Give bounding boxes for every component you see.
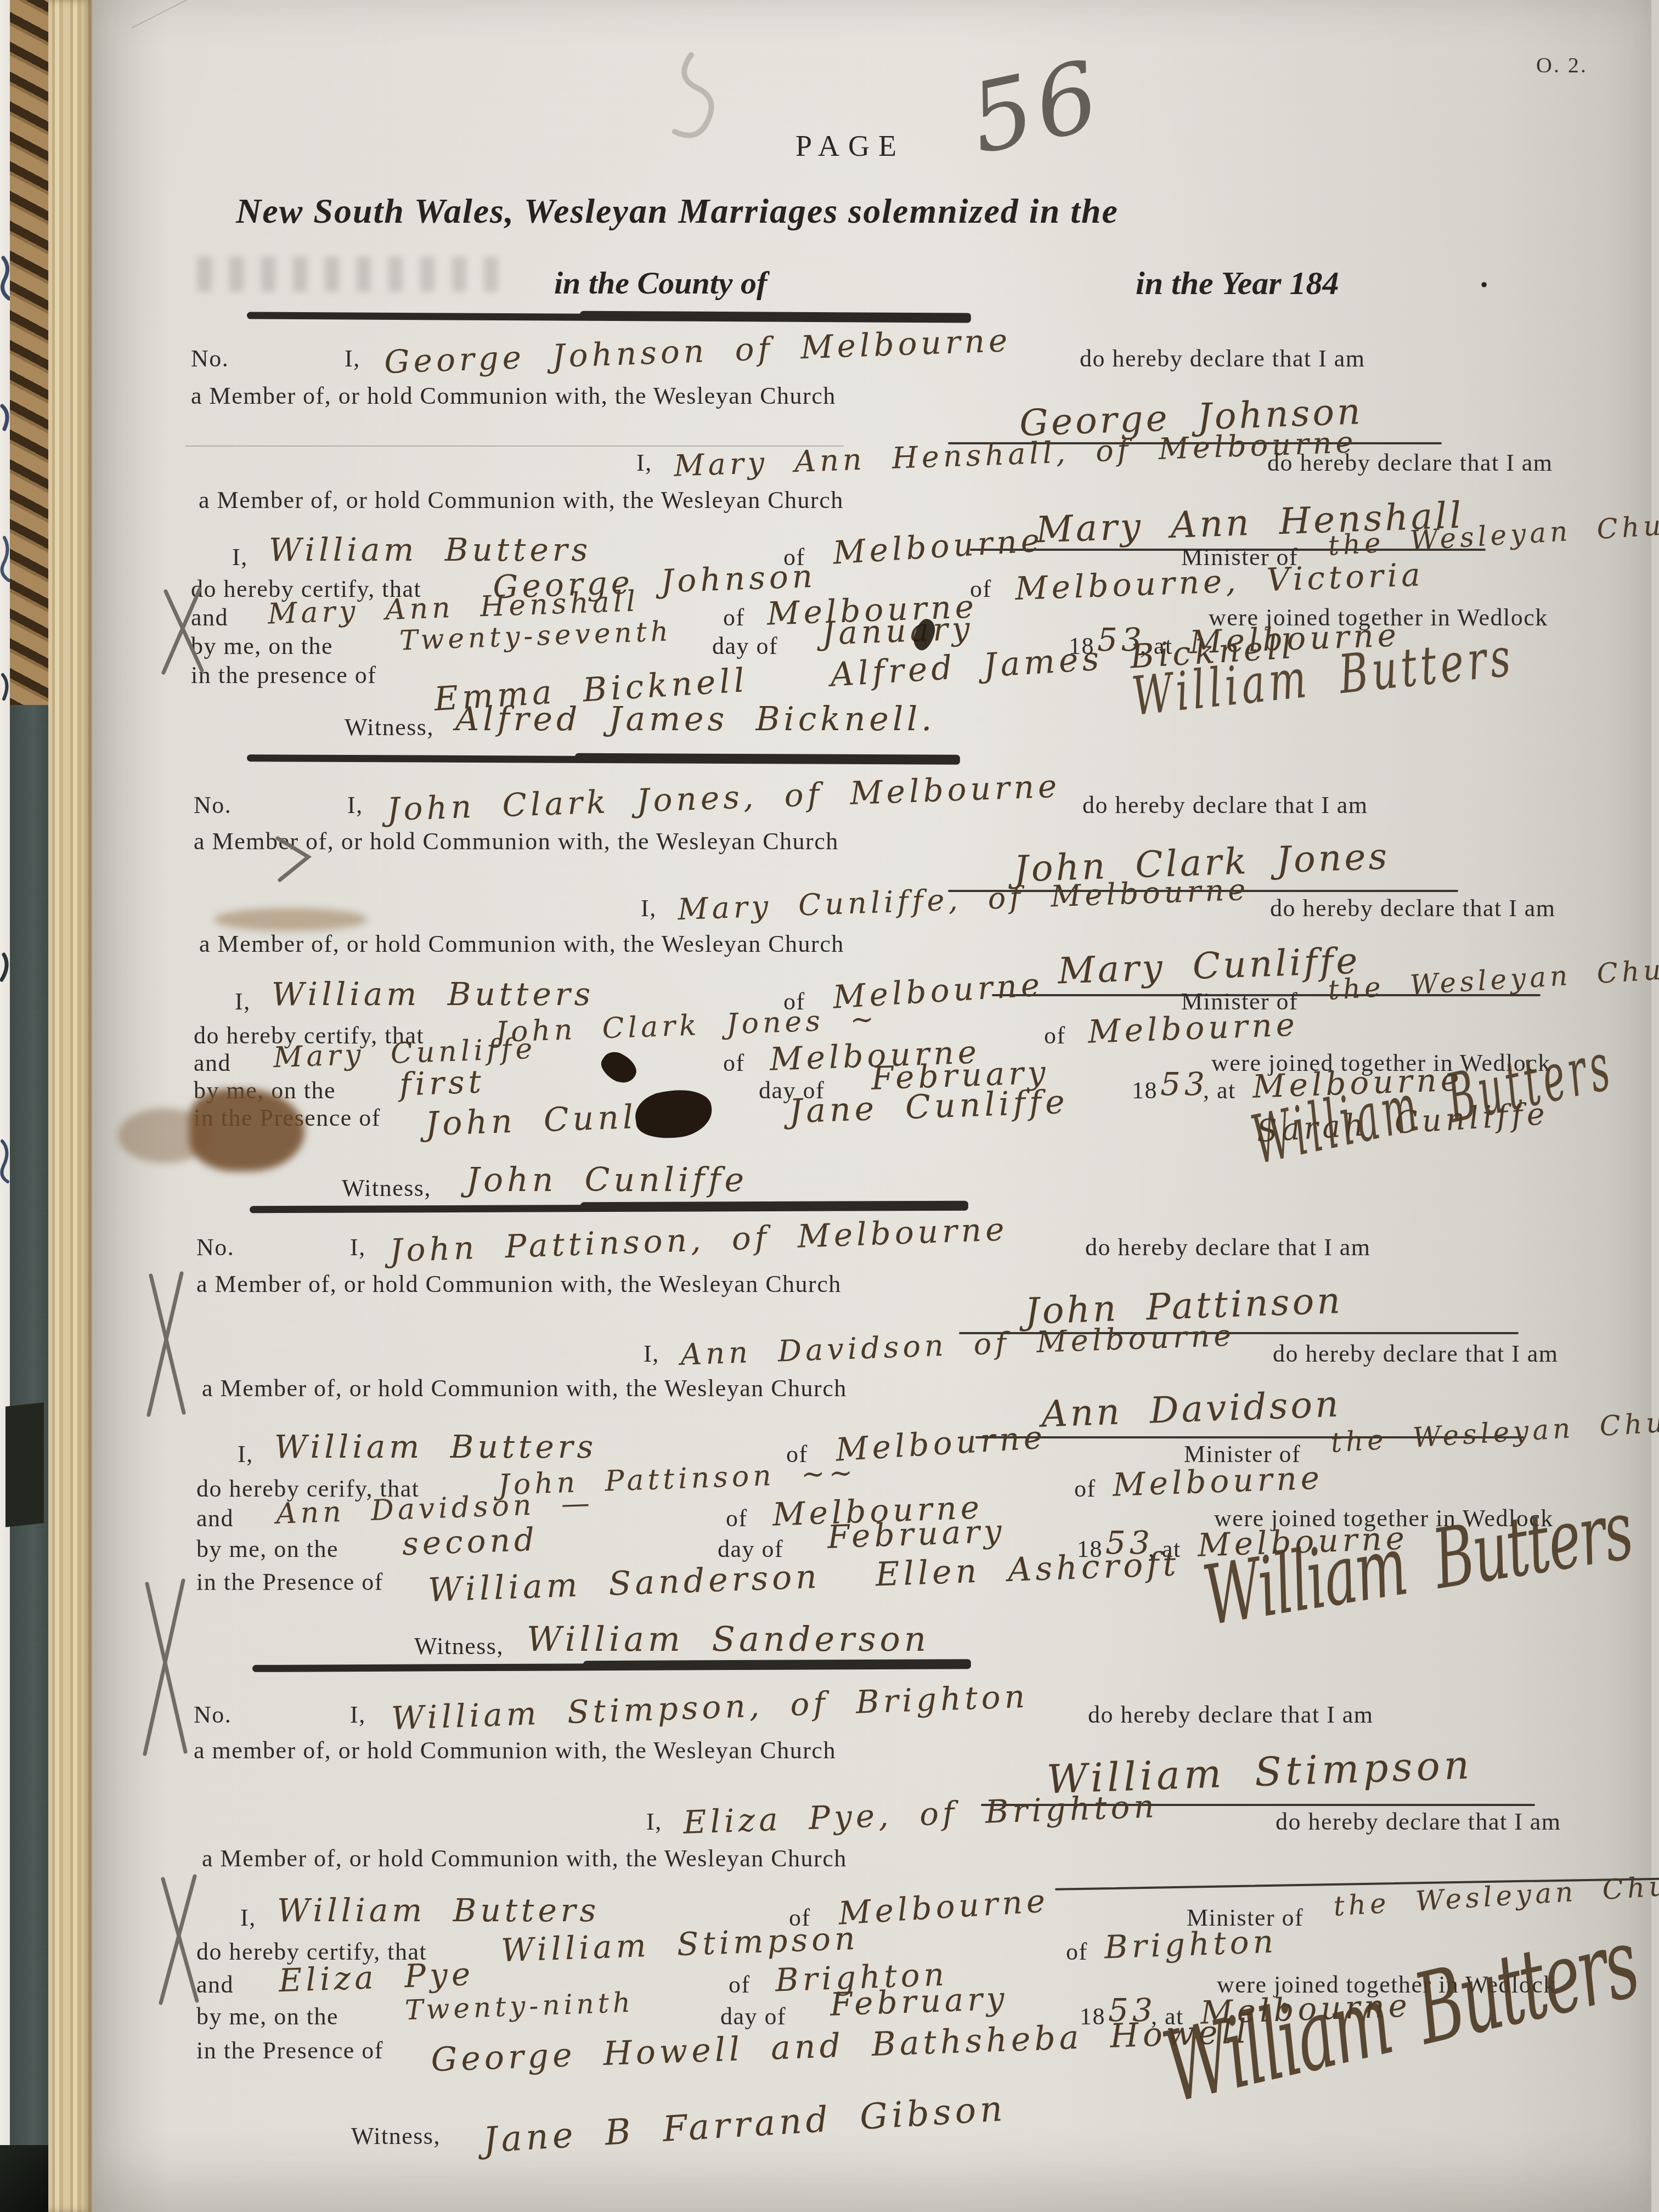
title-year: in the Year 184 xyxy=(1136,264,1339,302)
declare-label: do hereby declare that I am xyxy=(1085,1233,1371,1261)
declare-label: do hereby declare that I am xyxy=(1276,1808,1561,1836)
margin-x-mark xyxy=(156,1874,203,2005)
margin-x-mark xyxy=(145,1270,189,1418)
margin-x-mark xyxy=(159,587,208,675)
brown-smudge xyxy=(214,908,368,931)
witness-label: Witness, xyxy=(342,1174,431,1202)
no-label: No. xyxy=(196,1233,234,1261)
presence-label: in the Presence of xyxy=(196,2036,383,2064)
i-label: I, xyxy=(644,1340,659,1368)
wedding-month: February xyxy=(830,1979,1009,2023)
certified-groom-place: Melbourne xyxy=(1112,1459,1324,1503)
minister-name: William Butters xyxy=(274,1428,597,1465)
margin-chevron-mark xyxy=(274,834,313,883)
of-label: of xyxy=(723,1049,745,1077)
wedding-month: February xyxy=(827,1512,1006,1555)
declare-label: do hereby declare that I am xyxy=(1080,345,1365,373)
i-label: I, xyxy=(350,1701,366,1729)
of-label: of xyxy=(1044,1022,1066,1049)
and-label: and xyxy=(194,1049,231,1077)
declare-label: do hereby declare that I am xyxy=(1082,791,1368,819)
wedding-day: first xyxy=(399,1063,486,1103)
declare-label: do hereby declare that I am xyxy=(1088,1701,1374,1729)
by-me-label: by me, on the xyxy=(191,632,333,660)
i-label: I, xyxy=(646,1808,662,1836)
no-label: No. xyxy=(194,1701,232,1729)
by-me-label: by me, on the xyxy=(196,1535,338,1563)
member-label: a Member of, or hold Communion with, the… xyxy=(191,382,836,410)
year-prefix: 18 xyxy=(1132,1076,1158,1104)
wedding-day: second xyxy=(402,1521,539,1563)
by-me-label: by me, on the xyxy=(196,2002,338,2030)
of-label: of xyxy=(726,1504,748,1532)
page-label: PAGE xyxy=(795,129,905,163)
presence-label: in the Presence of xyxy=(196,1568,383,1596)
of-label: of xyxy=(723,603,745,631)
margin-check-mark xyxy=(142,1577,191,1758)
day-of-label: day of xyxy=(720,2002,786,2030)
declare-label: do hereby declare that I am xyxy=(1267,449,1553,477)
i-label: I, xyxy=(235,988,251,1015)
member-label: a member of, or hold Communion with, the… xyxy=(194,1736,836,1764)
page-edge-stack xyxy=(48,0,92,2212)
of-label: of xyxy=(1066,1938,1088,1966)
certified-groom-place: Melbourne xyxy=(1087,1006,1299,1050)
member-label: a Member of, or hold Communion with, the… xyxy=(202,1374,847,1402)
and-label: and xyxy=(196,1504,234,1532)
member-label: a Member of, or hold Communion with, the… xyxy=(196,1270,842,1298)
binding-stitch-band xyxy=(10,0,52,708)
day-of-label: day of xyxy=(712,632,778,660)
title-period: . xyxy=(1481,258,1489,295)
i-label: I, xyxy=(345,345,360,373)
bottom-corner-shadow xyxy=(0,2145,55,2212)
witness-signature: Alfred James Bicknell. xyxy=(455,700,935,738)
declare-label: do hereby declare that I am xyxy=(1270,894,1556,922)
brown-stain-tail xyxy=(118,1108,211,1163)
member-label: a Member of, or hold Communion with, the… xyxy=(199,486,844,514)
i-label: I, xyxy=(238,1440,253,1468)
register-page-photo: O. 2. PAGE 56 New South Wales, Wesleyan … xyxy=(0,0,1659,2212)
member-label: a Member of, or hold Communion with, the… xyxy=(202,1844,847,1872)
ink-bleed-curl xyxy=(625,49,735,181)
witness-label: Witness, xyxy=(414,1632,504,1660)
witness-signature: William Sanderson xyxy=(527,1619,930,1659)
i-label: I, xyxy=(636,449,652,477)
ink-bleed-smudge xyxy=(198,257,505,292)
minister-name: William Butters xyxy=(269,531,591,568)
witness-label: Witness, xyxy=(345,713,434,741)
corner-mark: O. 2. xyxy=(1536,52,1588,78)
no-label: No. xyxy=(194,791,232,819)
i-label: I, xyxy=(350,1233,366,1261)
i-label: I, xyxy=(347,791,363,819)
declare-label: do hereby declare that I am xyxy=(1273,1340,1559,1368)
presence-label: in the presence of xyxy=(191,661,377,689)
of-label: of xyxy=(729,1971,751,1999)
of-label: of xyxy=(1074,1475,1096,1503)
minister-name: William Butters xyxy=(277,1892,600,1929)
title-county-of: in the County of xyxy=(554,264,767,301)
wedding-month: January xyxy=(821,610,974,652)
no-label: No. xyxy=(191,345,229,373)
i-label: I, xyxy=(240,1904,256,1932)
witness-label: Witness, xyxy=(351,2122,441,2150)
register-title: New South Wales, Wesleyan Marriages sole… xyxy=(236,191,1119,232)
i-label: I, xyxy=(232,543,248,571)
i-label: I, xyxy=(641,894,657,922)
member-label: a Member of, or hold Communion with, the… xyxy=(199,930,844,958)
minister-name: William Butters xyxy=(272,975,594,1013)
certified-groom-place: Brighton xyxy=(1104,1923,1278,1966)
at-label: , at xyxy=(1203,1076,1236,1104)
witness-signature: John Cunliffe xyxy=(466,1161,748,1199)
binding-shadow-wedge xyxy=(5,1402,44,1527)
year-handwritten: 53 xyxy=(1160,1065,1209,1103)
